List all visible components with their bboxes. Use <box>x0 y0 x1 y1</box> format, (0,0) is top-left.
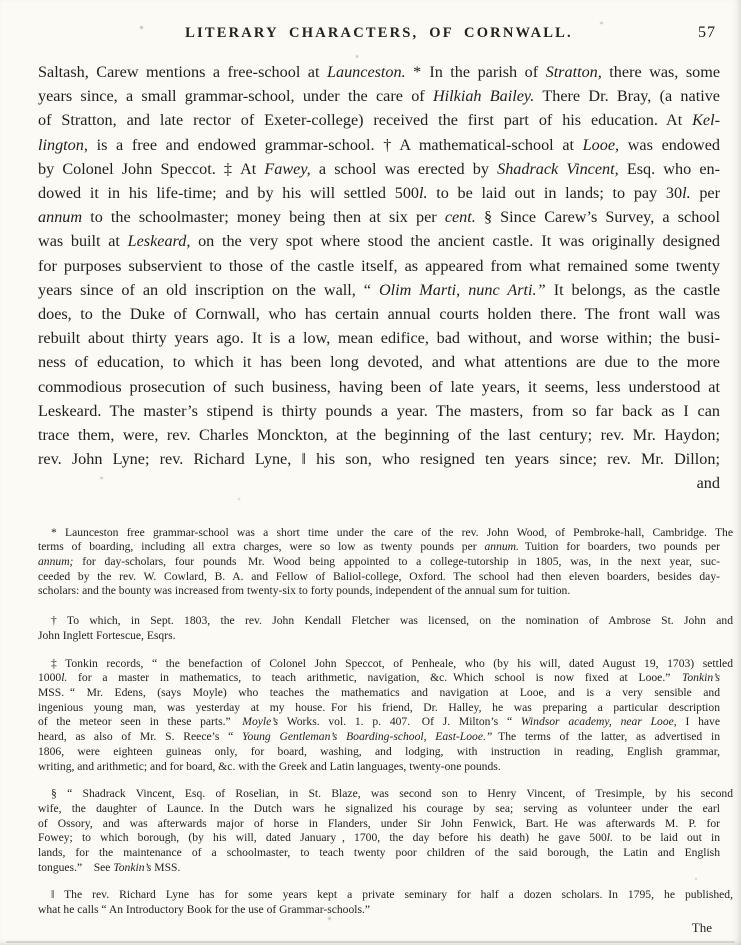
text-line: Fowey; to which borough, (by his will, d… <box>38 831 720 846</box>
text-line: dowed it in his life-time; and by his wi… <box>38 181 720 205</box>
text-line: rev. John Lyne; rev. Richard Lyne, ‖ his… <box>38 447 720 471</box>
text-line: trace them, were, rev. Charles Monckton,… <box>38 423 720 447</box>
text-line: of Ossory, and was afterwards major of h… <box>38 817 720 832</box>
text-line: years since of an old inscription on the… <box>38 278 720 302</box>
text-line: of Stratton, and late rector of Exeter-c… <box>38 108 720 132</box>
text-line: tongues.” See Tonkin’s MSS. <box>38 861 720 876</box>
text-line: § “ Shadrack Vincent, Esq. of Roselian, … <box>38 787 720 802</box>
text-line: 1806, were eighteen guineas only, for bo… <box>38 745 720 760</box>
scan-speck <box>614 120 616 122</box>
text-line: does, to the Duke of Cornwall, who has c… <box>38 302 720 326</box>
text-line: ness of education, to which it has been … <box>38 350 720 374</box>
text-line: lands, for the maintenance of a schoolma… <box>38 846 720 861</box>
scan-speck <box>600 22 603 24</box>
text-line: John Inglett Fortescue, Esqrs. <box>38 629 720 644</box>
text-line: of the meteor seen in these parts.” Moyl… <box>38 715 720 730</box>
footnote-asterisk: * Launceston free grammar-school was a s… <box>38 526 720 600</box>
footnote-dagger: † To which, in Sept. 1803, the rev. John… <box>38 614 720 643</box>
scan-speck <box>100 477 103 479</box>
scan-speck <box>356 55 358 58</box>
page-title: LITERARY CHARACTERS, OF CORNWALL. <box>185 25 573 41</box>
main-text: Saltash, Carew mentions a free-school at… <box>38 60 720 471</box>
text-line: ‡ Tonkin records, “ the benefaction of C… <box>38 657 720 672</box>
text-line: ingenious young man, was yesterday at my… <box>38 701 720 716</box>
text-line: Saltash, Carew mentions a free-school at… <box>38 60 720 84</box>
text-line: terms of boarding, including all extra c… <box>38 540 720 555</box>
text-line: ceeded by the rev. W. Cowlard, B. A. and… <box>38 570 720 585</box>
page-number: 57 <box>698 24 716 42</box>
text-line: MSS. “ Mr. Edens, (says Moyle) who teach… <box>38 686 720 701</box>
scan-edge-artifact <box>6 941 735 943</box>
scan-speck <box>328 917 331 920</box>
text-line: Leskeard. The master’s stipend is thirty… <box>38 399 720 423</box>
text-line: ‖ The rev. Richard Lyne has for some yea… <box>38 888 720 903</box>
footnote-section: § “ Shadrack Vincent, Esq. of Roselian, … <box>38 787 720 875</box>
text-line: years since, a small grammar-school, und… <box>38 84 720 108</box>
scan-speck <box>140 26 143 29</box>
text-line: * Launceston free grammar-school was a s… <box>38 526 720 541</box>
text-line: commodious prosecution of such business,… <box>38 375 720 399</box>
book-page: LITERARY CHARACTERS, OF CORNWALL. 57 Sal… <box>0 0 741 945</box>
footnote-parallel: ‖ The rev. Richard Lyne has for some yea… <box>38 888 720 917</box>
text-line: wife, the daughter of Launce. In the Dut… <box>38 802 720 817</box>
text-line: rebuilt about thirty years ago. It is a … <box>38 326 720 350</box>
text-line: was built at Leskeard, on the very spot … <box>38 229 720 253</box>
text-line: lington, is a free and endowed grammar-s… <box>38 133 720 157</box>
text-line: writing, and arithmetic; and for board, … <box>38 760 720 775</box>
text-line: annum; for day-scholars, four pounds Mr.… <box>38 555 720 570</box>
text-line: heard, as also of Mr. S. Reece’s “ Young… <box>38 730 720 745</box>
scan-speck <box>238 498 240 500</box>
text-line: scholars: and the bounty was increased f… <box>38 584 720 599</box>
text-line: annum to the schoolmaster; money being t… <box>38 205 720 229</box>
catchword: The <box>38 920 720 936</box>
text-line: by Colonel John Speccot. ‡ At Fawey, a s… <box>38 157 720 181</box>
scan-speck <box>695 878 697 880</box>
text-line: for purposes subservient to those of the… <box>38 254 720 278</box>
text-line: 1000l. for a master in mathematics, to t… <box>38 671 720 686</box>
continuation-word: and <box>38 471 720 495</box>
text-line: what he calls “ An Introductory Book for… <box>38 903 720 918</box>
text-line: † To which, in Sept. 1803, the rev. John… <box>38 614 720 629</box>
footnote-double-dagger: ‡ Tonkin records, “ the benefaction of C… <box>38 657 720 775</box>
